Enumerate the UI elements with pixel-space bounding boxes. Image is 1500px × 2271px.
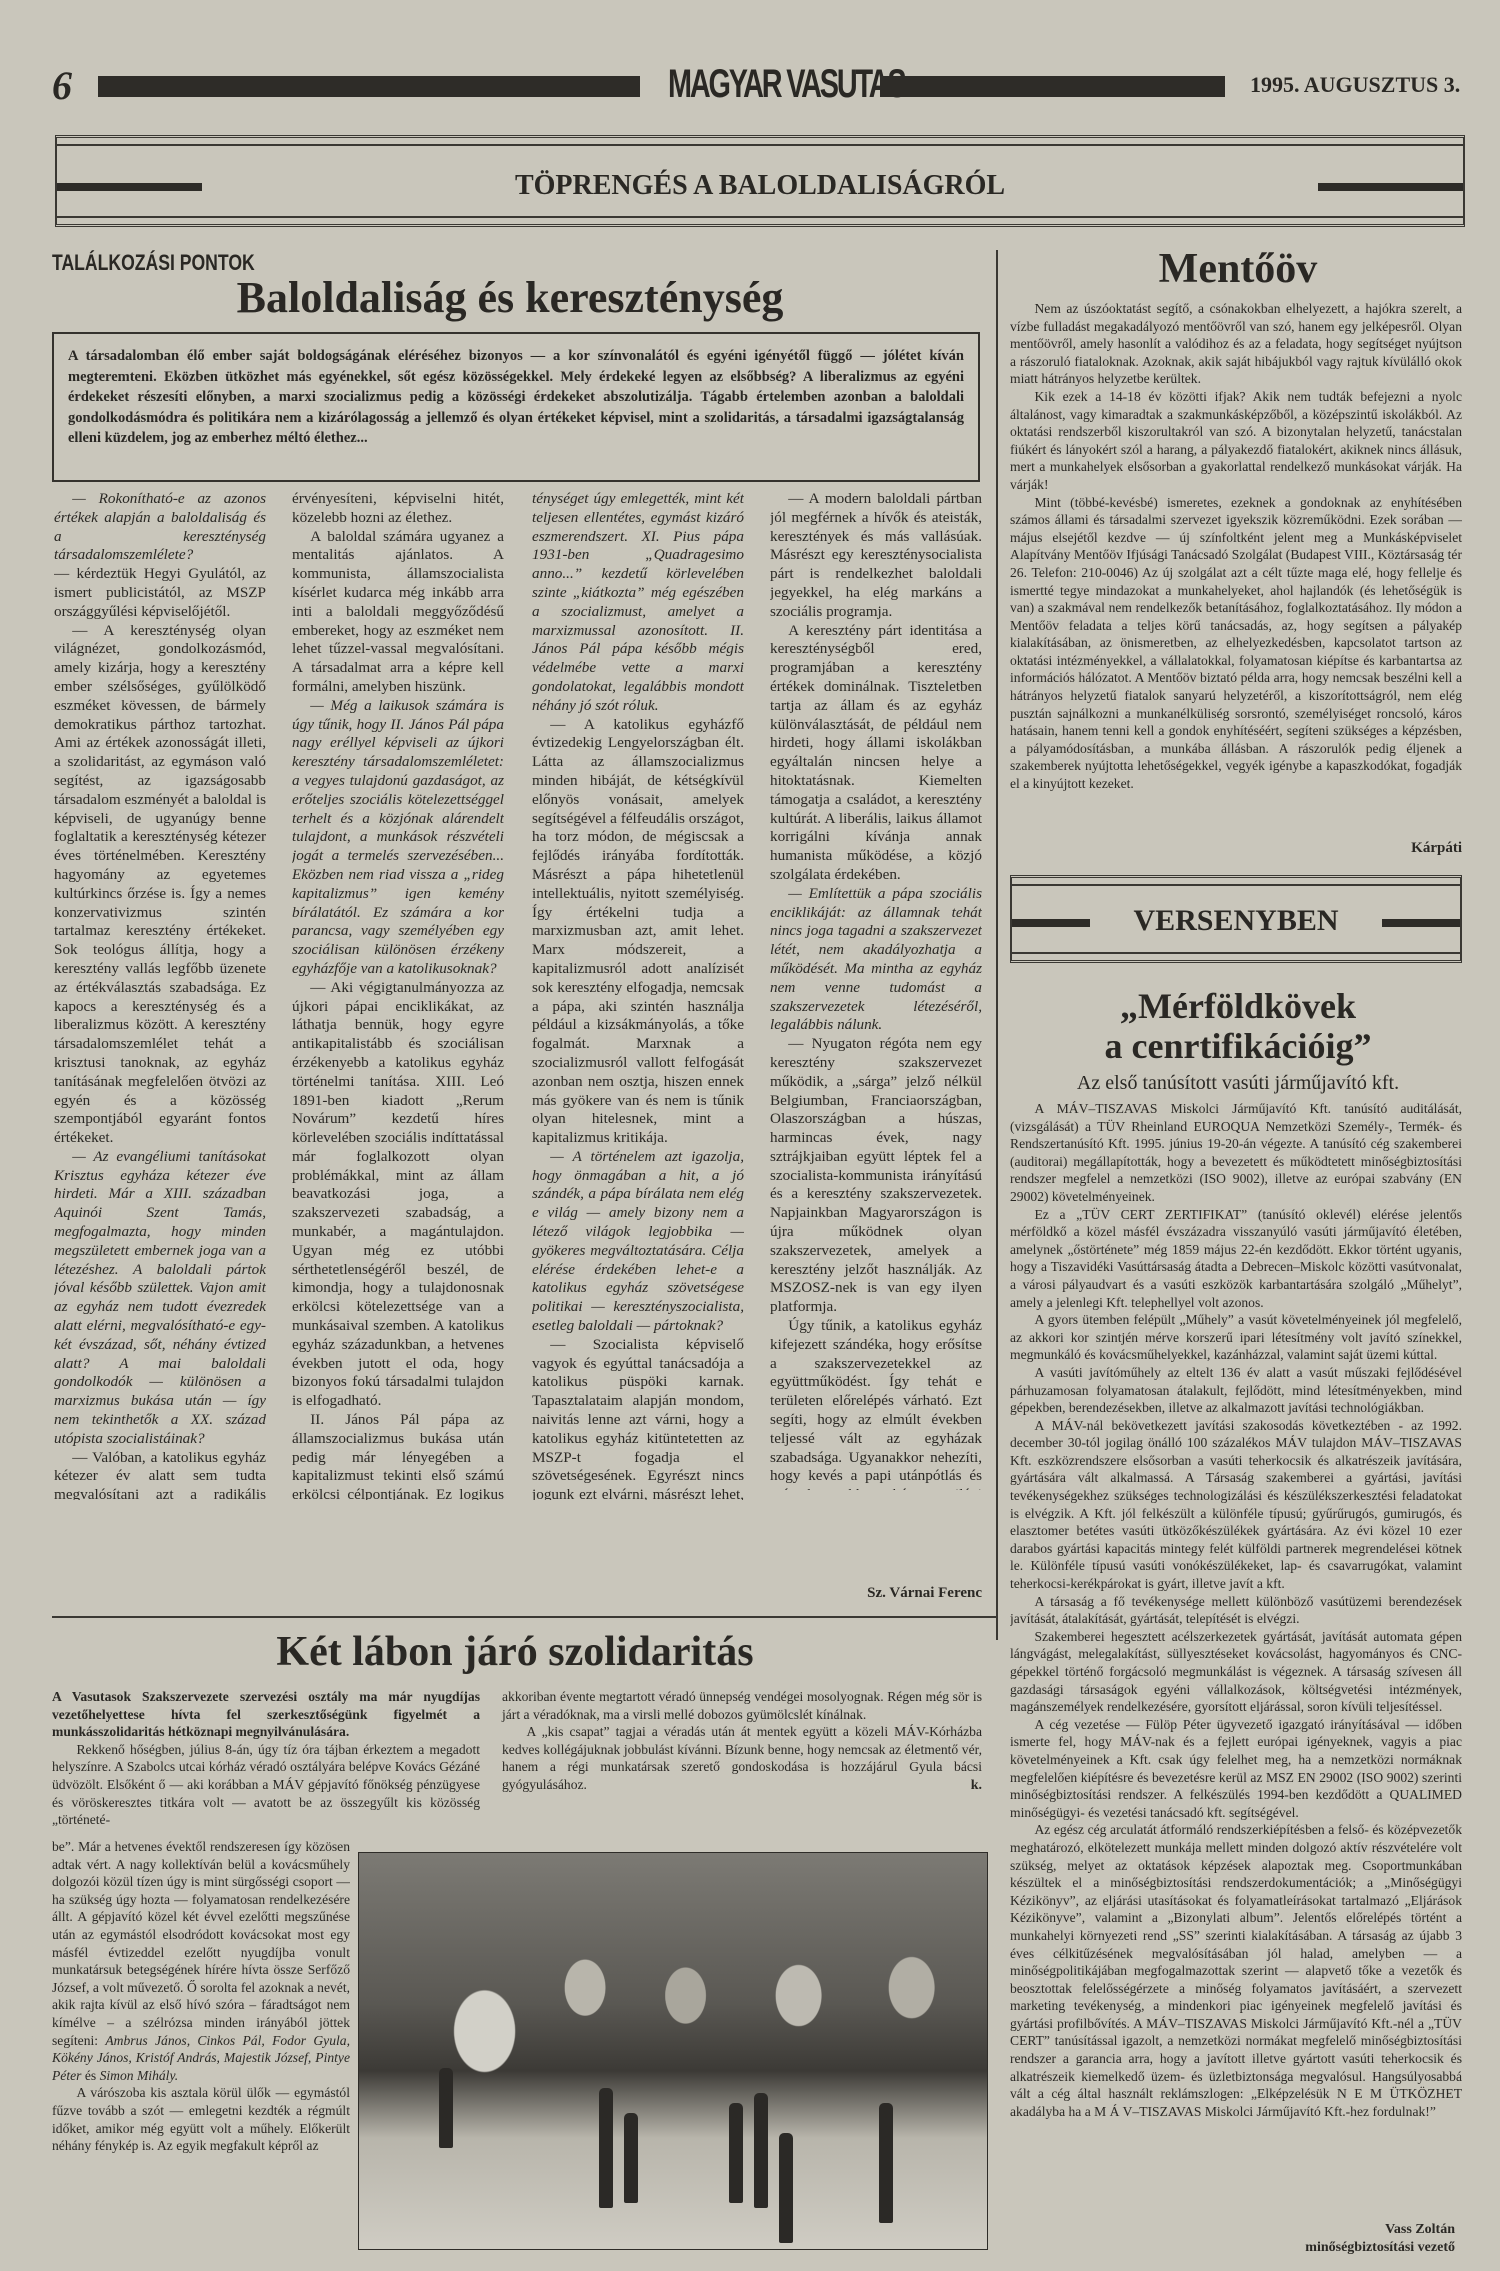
interview-question: — Rokonítható-e az azonos értékek alapjá…: [54, 490, 266, 565]
versenyben-paragraph: A cég vezetése — Fülöp Péter ügyvezető i…: [1010, 1716, 1462, 1822]
solidarity-paragraph: akkoriban évente megtartott véradó ünnep…: [502, 1688, 982, 1723]
newspaper-title: MAGYAR VASUTAS: [668, 62, 904, 107]
versenyben-banner: VERSENYBEN: [1010, 875, 1462, 963]
article-column-1: — Rokonítható-e az azonos értékek alapjá…: [54, 490, 266, 1500]
solidarity-headline: Két lábon járó szolidaritás: [40, 1628, 990, 1676]
interview-answer: érvényesíteni, képviselni hitét, közeleb…: [292, 490, 504, 528]
interview-answer: — A modern baloldali pártban jól megférn…: [770, 490, 982, 622]
solidarity-paragraph: Rekkenő hőségben, július 8-án, úgy tíz ó…: [52, 1741, 480, 1829]
versenyben-paragraph: Az egész cég arculatát átformáló rendsze…: [1010, 1821, 1462, 2120]
versenyben-paragraph: Ez a „TÜV CERT ZERTIFIKAT” (tanúsító okl…: [1010, 1206, 1462, 1312]
article-column-3: ténységet úgy emlegették, mint két telje…: [532, 490, 744, 1500]
interview-answer: — kérdeztük Hegyi Gyulától, az ismert pu…: [54, 565, 266, 621]
versenyben-paragraph: A gyors ütemben felépült „Műhely” a vasú…: [1010, 1311, 1462, 1364]
mentoov-paragraph: Nem az úszóoktatást segítő, a csónakokba…: [1010, 300, 1462, 388]
article-signature: Sz. Várnai Ferenc: [770, 1585, 982, 1602]
solidarity-text: be”. Már a hetvenes évektől rendszeresen…: [52, 1839, 350, 2048]
solidarity-body-col2: akkoriban évente megtartott véradó ünnep…: [502, 1688, 982, 1794]
interview-question: — Még a laikusok számára is úgy tűnik, h…: [292, 697, 504, 979]
versenyben-signature-name: Vass Zoltán: [1010, 2222, 1455, 2238]
interview-answer: A keresztény párt identitása a keresztén…: [770, 622, 982, 885]
versenyben-paragraph: A társaság a fő tevékenysége mellett kül…: [1010, 1593, 1462, 1628]
interview-answer: — Aki végigtanulmányozza az újkori pápai…: [292, 979, 504, 1411]
interview-question: ténységet úgy emlegették, mint két telje…: [532, 490, 744, 716]
solidarity-body-col1: A Vasutasok Szakszervezete szervezési os…: [52, 1688, 480, 1829]
solidarity-paragraph: A „kis csapat” tagjai a véradás után át …: [502, 1723, 982, 1793]
versenyben-body: A MÁV–TISZAVAS Miskolci Járműjavító Kft.…: [1010, 1100, 1462, 2220]
interview-answer: II. János Pál pápa az államszocializmus …: [292, 1411, 504, 1500]
mentoov-signature: Kárpáti: [1010, 840, 1462, 857]
mentoov-paragraph: Kik ezek a 14-18 év közötti ifjak? Akik …: [1010, 388, 1462, 494]
versenyben-paragraph: A MÁV-nál bekövetkezett javítási szakoso…: [1010, 1417, 1462, 1593]
section-banner: TÖPRENGÉS A BALOLDALISÁGRÓL: [55, 135, 1465, 227]
article-column-2: érvényesíteni, képviselni hitét, közeleb…: [292, 490, 504, 1500]
mentoov-body: Nem az úszóoktatást segítő, a csónakokba…: [1010, 300, 1462, 830]
solidarity-signature: k.: [940, 1778, 982, 1794]
masthead-bar-right: [880, 76, 1225, 97]
helper-name-last: Simon Mihály.: [100, 2068, 179, 2083]
interview-answer: — Szocialista képviselő vagyok és egyútt…: [532, 1336, 744, 1500]
column-divider: [996, 250, 998, 1640]
solidarity-body-col1-lower: be”. Már a hetvenes évektől rendszeresen…: [52, 1838, 350, 2268]
versenyben-signature-title: minőségbiztosítási vezető: [1010, 2240, 1455, 2256]
group-photo: [358, 1852, 988, 2250]
interview-answer: — A kereszténység olyan világnézet, gond…: [54, 622, 266, 1148]
issue-date: 1995. AUGUSZTUS 3.: [1250, 72, 1460, 98]
versenyben-paragraph: Szakemberei hegesztett acélszerkezetek g…: [1010, 1628, 1462, 1716]
solidarity-paragraph: A várószoba kis asztala körül ülők — egy…: [52, 2084, 350, 2154]
interview-question: — Említettük a pápa szociális enciklikáj…: [770, 885, 982, 1035]
versenyben-paragraph: A MÁV–TISZAVAS Miskolci Járműjavító Kft.…: [1010, 1100, 1462, 1206]
versenyben-title: VERSENYBEN: [1012, 904, 1460, 938]
versenyben-paragraph: A vasúti javítóműhely az eltelt 136 év a…: [1010, 1364, 1462, 1417]
mentoov-paragraph: Mint (többé-kevésbé) ismeretes, ezeknek …: [1010, 494, 1462, 793]
interview-question: — A történelem azt igazolja, hogy önmagá…: [532, 1148, 744, 1336]
interview-answer: Úgy tűnik, a katolikus egyház kifejezett…: [770, 1317, 982, 1490]
masthead-bar-left: [98, 76, 640, 97]
interview-answer: — A katolikus egyházfő évtizedekig Lengy…: [532, 716, 744, 1148]
versenyben-headline-2: a cenrtifikációig”: [1008, 1025, 1468, 1067]
interview-answer: — Nyugaton régóta nem egy keresztény sza…: [770, 1035, 982, 1317]
solidarity-lead: A Vasutasok Szakszervezete szervezési os…: [52, 1688, 480, 1741]
versenyben-subheadline: Az első tanúsított vasúti járműjavító kf…: [1008, 1072, 1468, 1095]
interview-question: — Az evangéliumi tanításokat Krisztus eg…: [54, 1148, 266, 1449]
main-headline: Baloldaliság és kereszténység: [40, 272, 980, 323]
names-conjunction: és: [85, 2068, 96, 2083]
section-title: TÖPRENGÉS A BALOLDALISÁGRÓL: [57, 170, 1463, 202]
mentoov-headline: Mentőöv: [1008, 245, 1468, 293]
versenyben-headline-1: „Mérföldkövek: [1008, 985, 1468, 1027]
article-column-4: — A modern baloldali pártban jól megférn…: [770, 490, 982, 1490]
article-lead: A társadalomban élő ember saját boldogsá…: [52, 332, 980, 482]
interview-answer: A baloldal számára ugyanez a mentalitás …: [292, 528, 504, 697]
page-number: 6: [52, 62, 72, 109]
interview-answer: — Valóban, a katolikus egyház kétezer év…: [54, 1449, 266, 1500]
article-divider: [52, 1616, 997, 1618]
